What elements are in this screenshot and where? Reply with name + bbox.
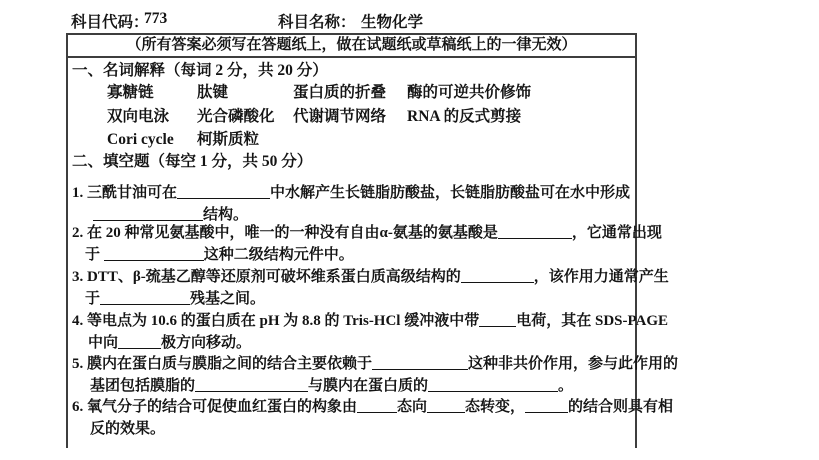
question-line: 6. 氧气分子的结合可促使血红蛋白的构象由态向态转变，的结合则具有相 bbox=[72, 398, 673, 416]
question-text: 与膜内在蛋白质的 bbox=[308, 378, 428, 394]
question-text: 2. 在 20 种常见氨基酸中，唯一的一种没有自由α-氨基的氨基酸是 bbox=[72, 225, 498, 241]
section2-title: 二、填空题（每空 1 分，共 50 分） bbox=[72, 149, 312, 171]
subject-code-label: 科目代码： bbox=[71, 10, 149, 32]
blank-field bbox=[357, 398, 397, 413]
question-text: 6. 氧气分子的结合可促使血红蛋白的构象由 bbox=[72, 399, 357, 415]
blank-field bbox=[104, 246, 204, 261]
question-text: 结构。 bbox=[203, 207, 248, 223]
subject-name-value: 生物化学 bbox=[361, 10, 423, 32]
question-text: 这种非共价作用，参与此作用的 bbox=[468, 356, 678, 372]
blank-field bbox=[372, 355, 468, 370]
question-text: 中向 bbox=[88, 335, 118, 351]
question-text: 基团包括膜脂的 bbox=[90, 378, 195, 394]
blank-field bbox=[118, 334, 161, 349]
term-row: Cori cycle柯斯质粒 bbox=[107, 127, 293, 149]
question-text: 5. 膜内在蛋白质与膜脂之间的结合主要依赖于 bbox=[72, 356, 372, 372]
term: 双向电泳 bbox=[107, 104, 197, 126]
term-row: 双向电泳光合磷酸化代谢调节网络RNA 的反式剪接 bbox=[107, 104, 521, 126]
question-text: 于 bbox=[85, 247, 104, 263]
term: Cori cycle bbox=[107, 131, 197, 149]
blank-field bbox=[177, 184, 270, 199]
answer-sheet-notice: （所有答案必须写在答题纸上，做在试题纸或草稿纸上的一律无效） bbox=[68, 35, 635, 58]
question-text: 4. 等电点为 10.6 的蛋白质在 pH 为 8.8 的 Tris-HCl 缓… bbox=[72, 313, 479, 329]
blank-field bbox=[93, 206, 203, 221]
subject-name-label: 科目名称： bbox=[278, 10, 356, 32]
term: 代谢调节网络 bbox=[293, 104, 407, 126]
blank-field bbox=[461, 268, 534, 283]
term: 肽键 bbox=[197, 80, 293, 102]
question-line: 3. DTT、β-巯基乙醇等还原剂可破坏维系蛋白质高级结构的，该作用力通常产生 bbox=[72, 268, 669, 286]
question-line: 中向极方向移动。 bbox=[88, 334, 251, 352]
blank-field bbox=[195, 377, 308, 392]
subject-code-value: 773 bbox=[144, 10, 167, 28]
question-text: 。 bbox=[558, 378, 573, 394]
blank-field bbox=[428, 377, 558, 392]
term: 酶的可逆共价修饰 bbox=[407, 80, 531, 102]
question-text: ，它通常出现 bbox=[572, 225, 662, 241]
question-line: 结构。 bbox=[93, 206, 248, 224]
question-line: 1. 三酰甘油可在中水解产生长链脂肪酸盐，长链脂肪酸盐可在水中形成 bbox=[72, 184, 630, 202]
blank-field bbox=[100, 290, 190, 305]
question-text: 残基之间。 bbox=[190, 291, 265, 307]
question-text: 的结合则具有相 bbox=[568, 399, 673, 415]
question-line: 4. 等电点为 10.6 的蛋白质在 pH 为 8.8 的 Tris-HCl 缓… bbox=[72, 312, 668, 330]
blank-field bbox=[427, 398, 465, 413]
question-text: 3. DTT、β-巯基乙醇等还原剂可破坏维系蛋白质高级结构的 bbox=[72, 269, 461, 285]
question-text: 中水解产生长链脂肪酸盐，长链脂肪酸盐可在水中形成 bbox=[270, 185, 630, 201]
exam-page: 科目代码： 773 科目名称： 生物化学 （所有答案必须写在答题纸上，做在试题纸… bbox=[0, 0, 819, 460]
term: 寡糖链 bbox=[107, 80, 197, 102]
question-line: 5. 膜内在蛋白质与膜脂之间的结合主要依赖于这种非共价作用，参与此作用的 bbox=[72, 355, 678, 373]
term: 光合磷酸化 bbox=[197, 104, 293, 126]
term: 蛋白质的折叠 bbox=[293, 80, 407, 102]
term-row: 寡糖链肽键蛋白质的折叠酶的可逆共价修饰 bbox=[107, 80, 531, 102]
question-line: 反的效果。 bbox=[90, 420, 165, 438]
question-line: 于 这种二级结构元件中。 bbox=[85, 246, 354, 264]
question-text: 这种二级结构元件中。 bbox=[204, 247, 354, 263]
question-text: 极方向移动。 bbox=[161, 335, 251, 351]
blank-field bbox=[479, 312, 516, 327]
question-text: 于 bbox=[85, 291, 100, 307]
question-text: ，该作用力通常产生 bbox=[534, 269, 669, 285]
question-text: 1. 三酰甘油可在 bbox=[72, 185, 177, 201]
question-line: 于残基之间。 bbox=[85, 290, 265, 308]
question-text: 电荷，其在 SDS-PAGE bbox=[516, 313, 668, 329]
question-text: 态转变， bbox=[465, 399, 525, 415]
question-line: 2. 在 20 种常见氨基酸中，唯一的一种没有自由α-氨基的氨基酸是，它通常出现 bbox=[72, 224, 662, 242]
blank-field bbox=[525, 398, 568, 413]
question-text: 态向 bbox=[397, 399, 427, 415]
term: RNA 的反式剪接 bbox=[407, 104, 521, 126]
section1-title: 一、名词解释（每词 2 分，共 20 分） bbox=[72, 58, 328, 80]
question-line: 基团包括膜脂的与膜内在蛋白质的。 bbox=[90, 377, 573, 395]
blank-field bbox=[498, 224, 572, 239]
question-text: 反的效果。 bbox=[90, 421, 165, 437]
term: 柯斯质粒 bbox=[197, 127, 293, 149]
